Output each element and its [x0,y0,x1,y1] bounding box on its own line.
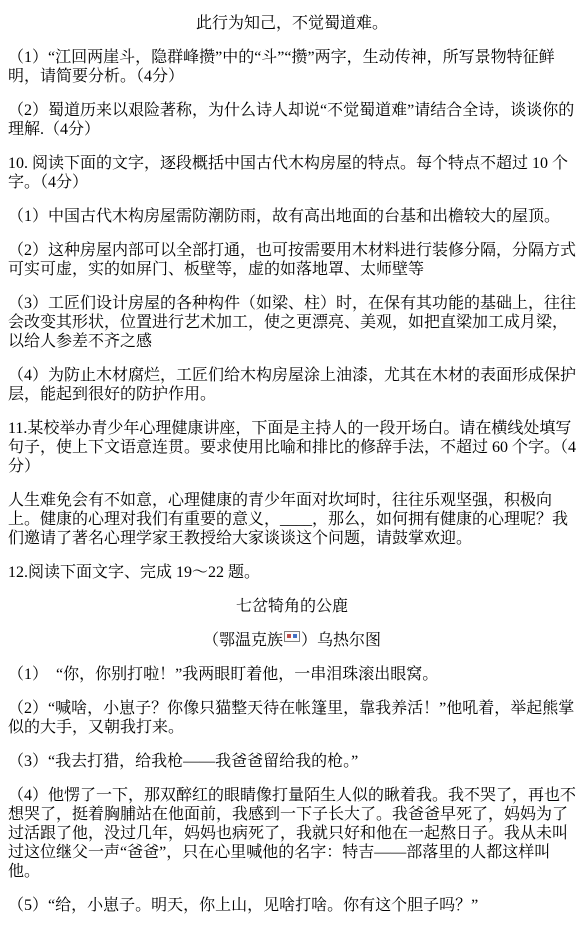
passage-para-4: （4）他愣了一下，那双醉红的眼睛像打量陌生人似的瞅着我。我不哭了，再也不想哭了，… [8,786,576,881]
q10-passage-para-4: （4）为防止木材腐烂，工匠们给木构房屋涂上油漆，尤其在木材的表面形成保护层，能起… [8,366,576,404]
poem-closing-line: 此行为知己，不觉蜀道难。 [8,14,576,33]
q10-passage-para-2: （2）这种房屋内部可以全部打通，也可按需要用木材料进行装修分隔，分隔方式可实可虚… [8,241,576,279]
passage-para-3: （3）“我去打猎，给我枪——我爸爸留给我的枪。” [8,752,576,771]
broken-image-icon [284,631,300,642]
passage-author-prefix: （鄂温克族 [203,632,283,649]
passage-para-5: （5）“给，小崽子。明天，你上山，见啥打啥。你有这个胆子吗？” [8,896,576,915]
exam-document-page: 此行为知己，不觉蜀道难。 （1）“江回两崖斗，隐群峰攒”中的“斗”“攒”两字，生… [0,0,584,942]
passage-para-1: （1） “你，你别打啦！”我两眼盯着他，一串泪珠滚出眼窝。 [8,665,576,684]
q12-stem: 12.阅读下面文字、完成 19～22 题。 [8,563,576,582]
passage-author-line: （鄂温克族）乌热尔图 [8,631,576,650]
q10-stem: 10. 阅读下面的文字，逐段概括中国古代木构房屋的特点。每个特点不超过 10 个… [8,154,576,192]
broken-image-icon-dot-right [293,634,297,638]
passage-title: 七岔犄角的公鹿 [8,597,576,616]
q11-opening-speech: 人生难免会有不如意，心理健康的青少年面对坎坷时，往往乐观坚强，积极向上。健康的心… [8,491,576,548]
passage-author-suffix: ）乌热尔图 [301,632,381,649]
q10-passage-para-1: （1）中国古代木构房屋需防潮防雨，故有高出地面的台基和出檐较大的屋顶。 [8,207,576,226]
q9-sub-question-2: （2）蜀道历来以艰险著称，为什么诗人却说“不觉蜀道难”请结合全诗，谈谈你的理解.… [8,101,576,139]
passage-para-2: （2）“喊啥，小崽子？你像只猫整天待在帐篷里，靠我养活！”他吼着，举起熊掌似的大… [8,699,576,737]
q9-sub-question-1: （1）“江回两崖斗，隐群峰攒”中的“斗”“攒”两字，生动传神，所写景物特征鲜明，… [8,48,576,86]
broken-image-icon-dot-left [287,634,291,638]
q10-passage-para-3: （3）工匠们设计房屋的各种构件（如梁、柱）时，在保有其功能的基础上，往往会改变其… [8,294,576,351]
q11-stem: 11.某校举办青少年心理健康讲座，下面是主持人的一段开场白。请在横线处填写句子，… [8,419,576,476]
